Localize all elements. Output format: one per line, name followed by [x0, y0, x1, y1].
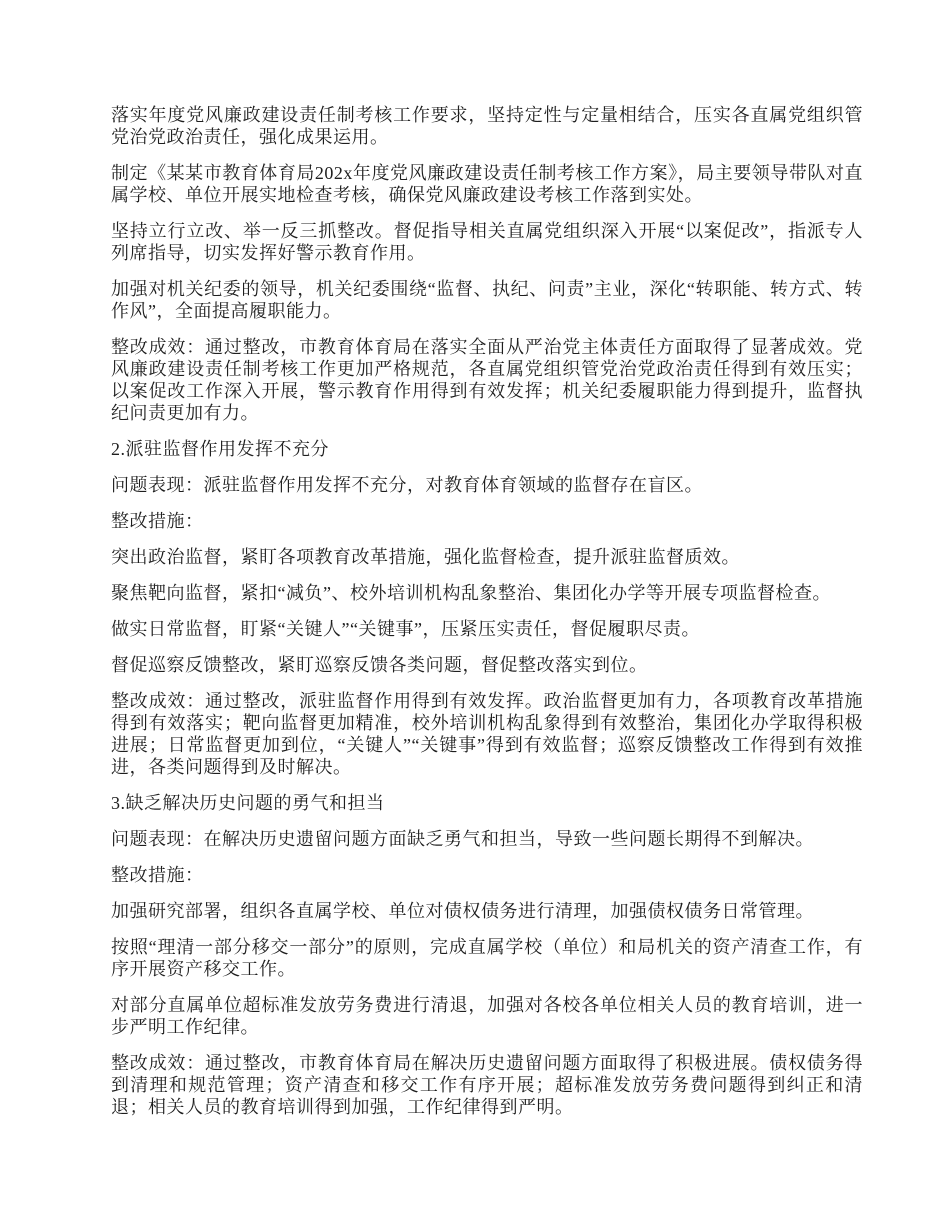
paragraph-asset-inventory: 按照“理清一部分移交一部分”的原则，完成直属学校（单位）和局机关的资产清查工作，… — [111, 936, 863, 980]
paragraph-labor-fee-refund: 对部分直属单位超标准发放劳务费进行清退，加强对各校各单位相关人员的教育培训，进一… — [111, 994, 863, 1038]
paragraph-rectification-results-2: 整改成效：通过整改，派驻监督作用得到有效发挥。政治监督更加有力，各项教育改革措施… — [111, 690, 863, 778]
paragraph-measures-label-2: 整改措施： — [111, 510, 863, 532]
paragraph-accountability-assessment: 落实年度党风廉政建设责任制考核工作要求，坚持定性与定量相结合，压实各直属党组织管… — [111, 104, 863, 148]
paragraph-political-supervision: 突出政治监督，紧盯各项教育改革措施，强化监督检查，提升派驻监督质效。 — [111, 546, 863, 568]
section-heading-2: 2.派驻监督作用发挥不充分 — [111, 438, 863, 460]
paragraph-problem-statement-2: 问题表现：派驻监督作用发挥不充分，对教育体育领域的监督存在盲区。 — [111, 474, 863, 496]
paragraph-rectification-results-1: 整改成效：通过整改，市教育体育局在落实全面从严治党主体责任方面取得了显著成效。党… — [111, 336, 863, 424]
paragraph-measures-label-3: 整改措施： — [111, 864, 863, 886]
paragraph-daily-supervision: 做实日常监督，盯紧“关键人”“关键事”，压紧压实责任，督促履职尽责。 — [111, 618, 863, 640]
paragraph-problem-statement-3: 问题表现：在解决历史遗留问题方面缺乏勇气和担当，导致一些问题长期得不到解决。 — [111, 828, 863, 850]
paragraph-discipline-committee: 加强对机关纪委的领导，机关纪委围绕“监督、执纪、问责”主业，深化“转职能、转方式… — [111, 278, 863, 322]
section-heading-3: 3.缺乏解决历史问题的勇气和担当 — [111, 792, 863, 814]
paragraph-debt-cleanup: 加强研究部署，组织各直属学校、单位对债权债务进行清理，加强债权债务日常管理。 — [111, 900, 863, 922]
paragraph-targeted-supervision: 聚焦靶向监督，紧扣“减负”、校外培训机构乱象整治、集团化办学等开展专项监督检查。 — [111, 582, 863, 604]
paragraph-inspection-feedback: 督促巡察反馈整改，紧盯巡察反馈各类问题，督促整改落实到位。 — [111, 654, 863, 676]
document-page: 落实年度党风廉政建设责任制考核工作要求，坚持定性与定量相结合，压实各直属党组织管… — [111, 104, 863, 1132]
paragraph-assessment-plan: 制定《某某市教育体育局202x年度党风廉政建设责任制考核工作方案》，局主要领导带… — [111, 162, 863, 206]
paragraph-rectification-results-3: 整改成效：通过整改，市教育体育局在解决历史遗留问题方面取得了积极进展。债权债务得… — [111, 1052, 863, 1118]
paragraph-rectify-by-case: 坚持立行立改、举一反三抓整改。督促指导相关直属党组织深入开展“以案促改”，指派专… — [111, 220, 863, 264]
